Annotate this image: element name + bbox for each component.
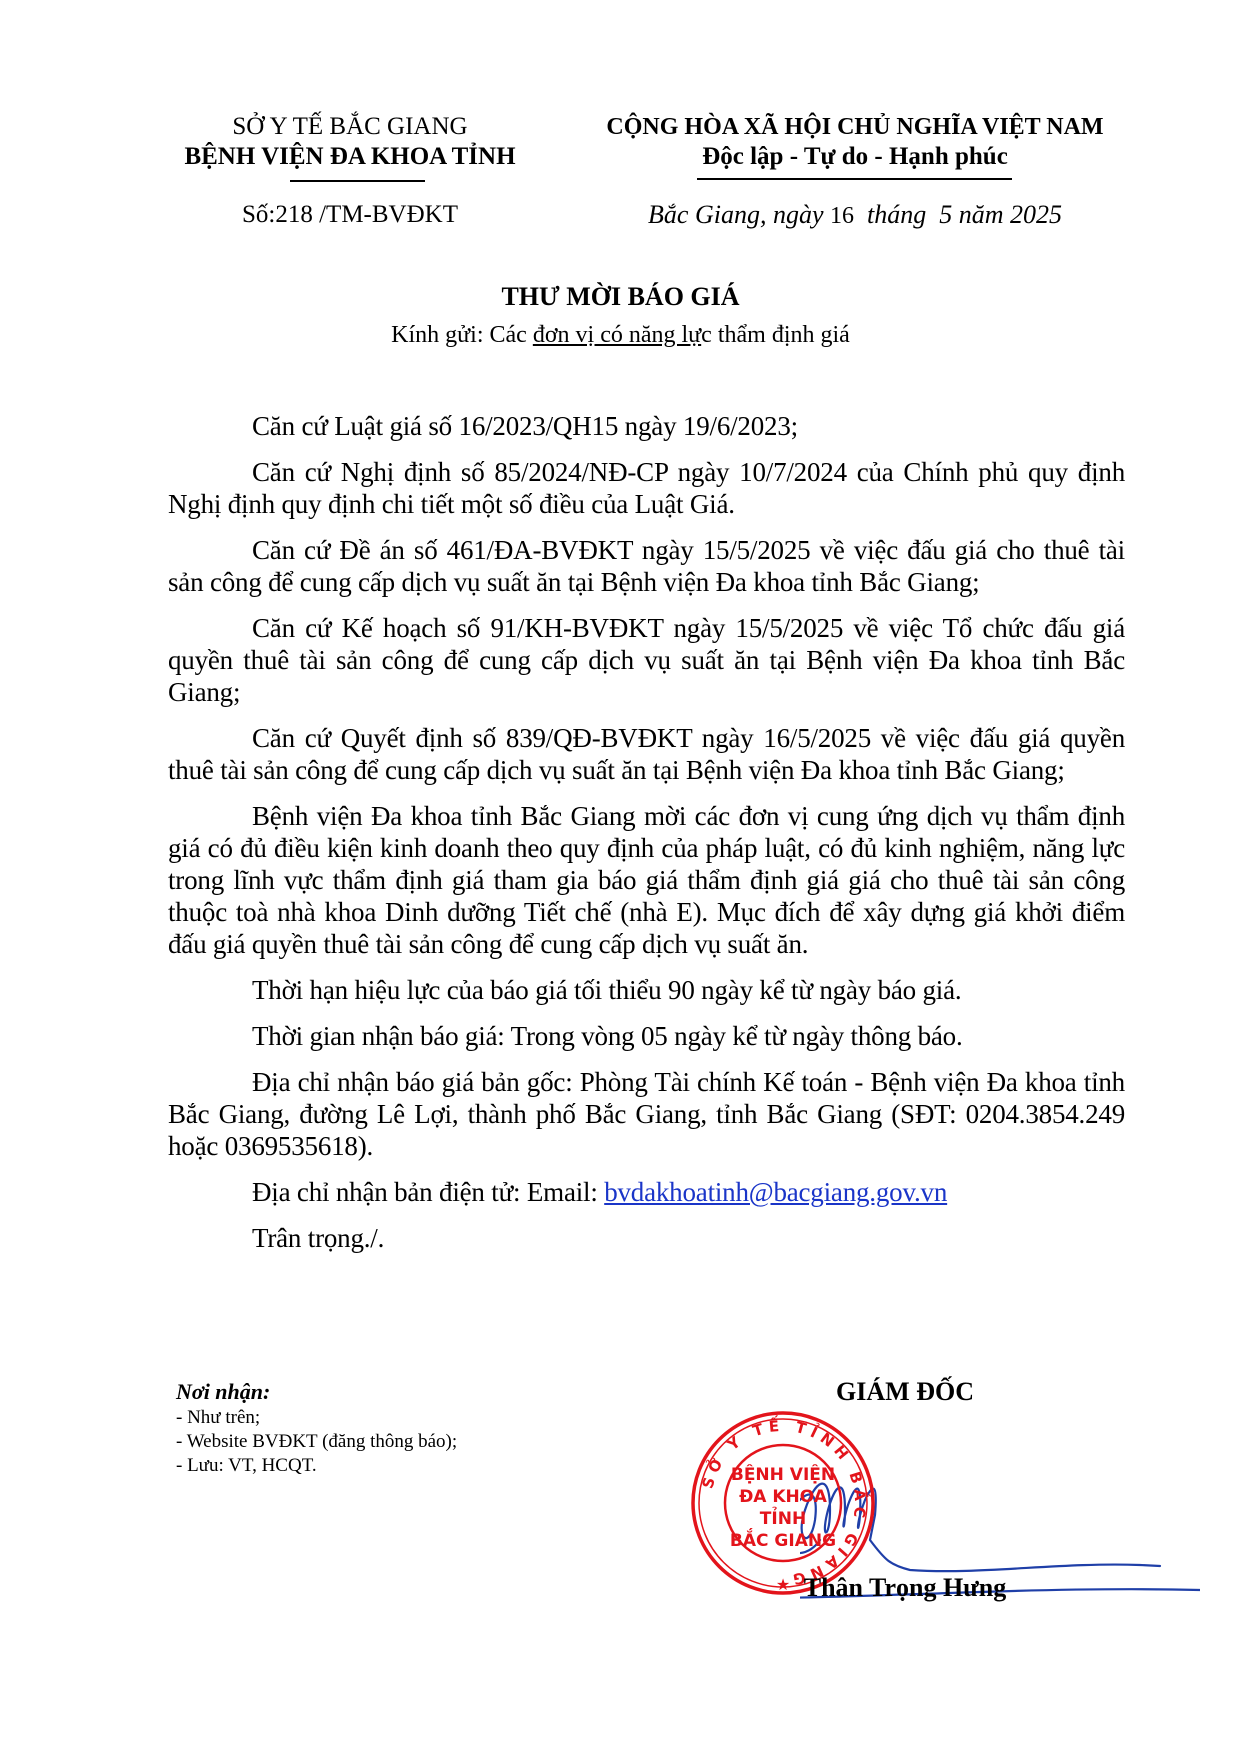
issuing-agency-block: SỞ Y TẾ BẮC GIANG BỆNH VIỆN ĐA KHOA TỈNH… <box>150 112 550 230</box>
paragraph: Địa chỉ nhận báo giá bản gốc: Phòng Tài … <box>168 1066 1125 1162</box>
stamp-line-1: BỆNH VIỆN <box>731 1463 835 1485</box>
recipients-block: Nơi nhận: - Như trên; - Website BVĐKT (đ… <box>176 1378 457 1478</box>
date-rest: tháng 5 năm 2025 <box>854 200 1062 229</box>
parent-agency: SỞ Y TẾ BẮC GIANG <box>150 112 550 142</box>
agency-name: BỆNH VIỆN ĐA KHOA TỈNH <box>150 142 550 172</box>
stamp-line-2: ĐA KHOA <box>739 1487 828 1507</box>
signer-title: GIÁM ĐỐC <box>800 1376 1010 1408</box>
document-title: THƯ MỜI BÁO GIÁ <box>0 280 1241 314</box>
recipient-item: - Website BVĐKT (đăng thông báo); <box>176 1430 457 1454</box>
stamp-line-3: TỈNH <box>760 1506 806 1529</box>
signer-name: Thân Trọng Hưng <box>770 1572 1040 1604</box>
paragraph: Căn cứ Quyết định số 839/QĐ-BVĐKT ngày 1… <box>168 722 1125 786</box>
recipient-item: - Lưu: VT, HCQT. <box>176 1454 457 1478</box>
recipient-suffix: c thẩm định giá <box>701 322 850 348</box>
date-day: 16 <box>830 203 854 229</box>
paragraph: Căn cứ Nghị định số 85/2024/NĐ-CP ngày 1… <box>168 456 1125 520</box>
document-number: Số:218 /TM-BVĐKT <box>150 200 550 230</box>
national-header-block: CỘNG HÒA XÃ HỘI CHỦ NGHĨA VIỆT NAM Độc l… <box>575 112 1135 231</box>
recipient-prefix: Kính gửi: Các <box>391 322 533 348</box>
paragraph: Căn cứ Đề án số 461/ĐA-BVĐKT ngày 15/5/2… <box>168 534 1125 598</box>
recipient-underlined: đơn vị có năng lự <box>533 322 701 348</box>
motto-underline <box>697 178 1012 180</box>
email-paragraph: Địa chỉ nhận bản điện tử: Email: bvdakho… <box>168 1176 1125 1208</box>
national-motto: Độc lập - Tự do - Hạnh phúc <box>575 142 1135 172</box>
paragraph: Bệnh viện Đa khoa tỉnh Bắc Giang mời các… <box>168 800 1125 960</box>
paragraph: Thời hạn hiệu lực của báo giá tối thiểu … <box>168 974 1125 1006</box>
date-place: Bắc Giang, ngày <box>648 200 830 229</box>
stamp-line-4: BẮC GIANG <box>730 1527 836 1551</box>
paragraph: Căn cứ Luật giá số 16/2023/QH15 ngày 19/… <box>168 410 1125 442</box>
letter-body: Căn cứ Luật giá số 16/2023/QH15 ngày 19/… <box>168 410 1125 1268</box>
email-link[interactable]: bvdakhoatinh@bacgiang.gov.vn <box>604 1177 947 1207</box>
recipient-line: Kính gửi: Các đơn vị có năng lực thẩm đị… <box>0 320 1241 350</box>
nation-name: CỘNG HÒA XÃ HỘI CHỦ NGHĨA VIỆT NAM <box>575 112 1135 142</box>
agency-underline <box>290 180 425 182</box>
recipients-heading: Nơi nhận: <box>176 1378 457 1406</box>
email-prefix: Địa chỉ nhận bản điện tử: Email: <box>252 1177 604 1207</box>
paragraph: Thời gian nhận báo giá: Trong vòng 05 ng… <box>168 1020 1125 1052</box>
official-stamp: SỞ Y TẾ TỈNH BẮC GIANG BỆNH VIỆN ĐA KHOA… <box>688 1408 878 1598</box>
document-date: Bắc Giang, ngày 16 tháng 5 năm 2025 <box>575 200 1135 231</box>
paragraph: Căn cứ Kế hoạch số 91/KH-BVĐKT ngày 15/5… <box>168 612 1125 708</box>
closing: Trân trọng./. <box>168 1222 1125 1254</box>
recipient-item: - Như trên; <box>176 1406 457 1430</box>
